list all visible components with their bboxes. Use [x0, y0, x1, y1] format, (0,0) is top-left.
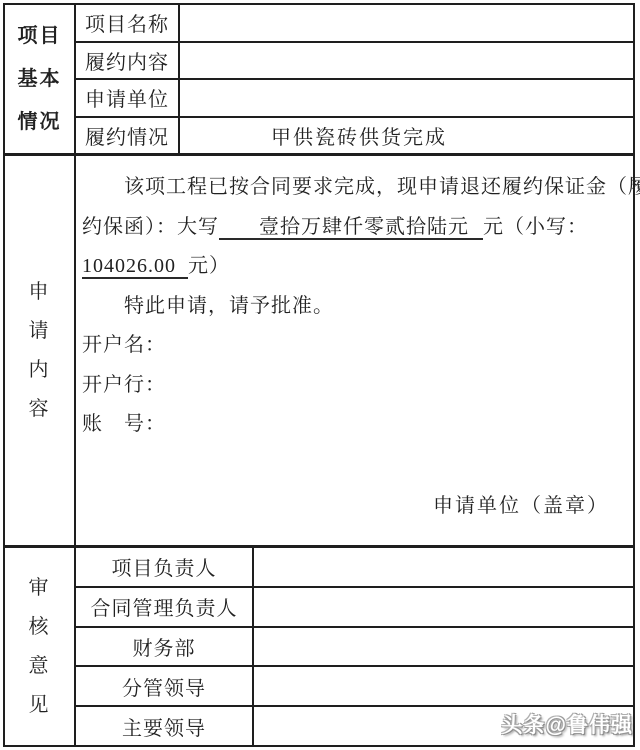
deputy-leader-label: 分管领导	[76, 667, 254, 705]
section-header-line: 情况	[18, 101, 62, 144]
section-header-line: 项目	[18, 15, 62, 58]
application-text: 元（小写：	[483, 216, 588, 238]
section-header-line: 内	[29, 351, 51, 390]
amount-in-words-underlined: 壹拾万肆仟零贰拾陆元	[219, 216, 483, 240]
account-number-field[interactable]: 账 号：	[82, 405, 640, 445]
basic-info-rows: 项目名称 履约内容 申请单位 履约情况 甲供瓷砖供货完成	[76, 5, 633, 153]
project-name-label: 项目名称	[76, 5, 180, 41]
account-name-field[interactable]: 开户名：	[82, 326, 640, 366]
finance-dept-label: 财务部	[76, 628, 254, 666]
table-row-project-manager: 项目负责人	[76, 548, 633, 588]
project-name-field[interactable]	[180, 5, 633, 41]
section-header-line: 基本	[18, 58, 62, 101]
section-header-line: 见	[29, 686, 51, 725]
section-header-line: 请	[29, 312, 51, 351]
application-text: 元）	[188, 255, 230, 277]
project-manager-signature-field[interactable]	[254, 548, 633, 586]
project-manager-label: 项目负责人	[76, 548, 254, 586]
section-header-line: 审	[29, 569, 51, 608]
bond-refund-application-form: 项目 基本 情况 项目名称 履约内容 申请单位 履约情况	[0, 0, 640, 750]
application-content-section-header: 申 请 内 容	[5, 156, 76, 545]
amount-in-figures-underlined: 104026.00	[82, 255, 188, 279]
contract-manager-signature-field[interactable]	[254, 588, 633, 626]
main-leader-label: 主要领导	[76, 707, 254, 745]
application-closing-line: 特此申请，请予批准。	[82, 287, 640, 327]
application-text: 该项工程已按合同要求完成，现申请退还履约保证金（履	[124, 176, 640, 198]
review-opinions-section-header: 审 核 意 见	[5, 548, 76, 745]
performance-content-field[interactable]	[180, 43, 633, 79]
table-row-performance-content: 履约内容	[76, 43, 633, 81]
application-paragraph-line1: 该项工程已按合同要求完成，现申请退还履约保证金（履	[82, 168, 640, 208]
table-row-performance-status: 履约情况 甲供瓷砖供货完成	[76, 118, 633, 154]
table-row-contract-manager: 合同管理负责人	[76, 588, 633, 628]
section-header-line: 意	[29, 647, 51, 686]
form-table: 项目 基本 情况 项目名称 履约内容 申请单位 履约情况	[3, 3, 635, 747]
applicant-unit-stamp-label: 申请单位（盖章）	[82, 487, 640, 527]
table-row-applicant-unit: 申请单位	[76, 80, 633, 118]
toutiao-watermark: 头条@鲁伟强	[502, 709, 633, 739]
finance-dept-signature-field[interactable]	[254, 628, 633, 666]
application-paragraph-line3: 104026.00元）	[82, 247, 640, 287]
application-paragraph-line2: 约保函）：大写壹拾万肆仟零贰拾陆元元（小写：	[82, 208, 640, 248]
section-application-content: 申 请 内 容 该项工程已按合同要求完成，现申请退还履约保证金（履 约保函）：大…	[5, 156, 633, 548]
performance-status-field[interactable]: 甲供瓷砖供货完成	[180, 118, 633, 154]
table-row-deputy-leader: 分管领导	[76, 667, 633, 707]
table-row-finance-dept: 财务部	[76, 628, 633, 668]
performance-content-label: 履约内容	[76, 43, 180, 79]
section-basic-info: 项目 基本 情况 项目名称 履约内容 申请单位 履约情况	[5, 5, 633, 156]
section-header-line: 容	[29, 390, 51, 429]
contract-manager-label: 合同管理负责人	[76, 588, 254, 626]
application-text: 约保函）：大写	[82, 216, 219, 238]
performance-status-label: 履约情况	[76, 118, 180, 154]
section-header-line: 申	[29, 273, 51, 312]
application-content-body[interactable]: 该项工程已按合同要求完成，现申请退还履约保证金（履 约保函）：大写壹拾万肆仟零贰…	[76, 156, 640, 545]
applicant-unit-field[interactable]	[180, 80, 633, 116]
table-row-project-name: 项目名称	[76, 5, 633, 43]
applicant-unit-label: 申请单位	[76, 80, 180, 116]
bank-name-field[interactable]: 开户行：	[82, 366, 640, 406]
deputy-leader-signature-field[interactable]	[254, 667, 633, 705]
basic-info-section-header: 项目 基本 情况	[5, 5, 76, 153]
section-header-line: 核	[29, 608, 51, 647]
